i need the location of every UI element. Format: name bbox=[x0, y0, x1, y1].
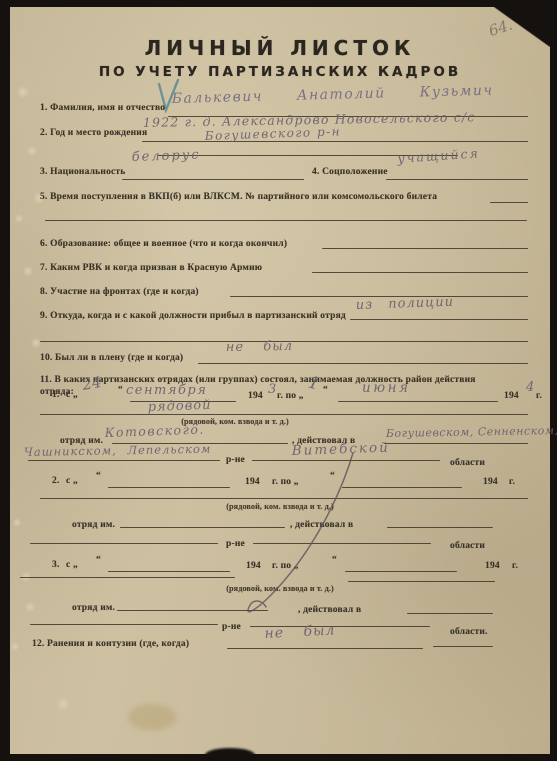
underline bbox=[322, 248, 528, 249]
underline bbox=[345, 571, 457, 572]
oblast-label: области bbox=[450, 458, 485, 468]
field-6-label: 6. Образование: общее и военное (что и к… bbox=[40, 239, 287, 249]
unit-1-rank: рядовой bbox=[147, 398, 211, 415]
unit-1-number: 1. bbox=[52, 390, 60, 400]
unit-2-otryad-label: отряд им. bbox=[72, 520, 115, 530]
year-prefix: 194 bbox=[504, 391, 519, 401]
underline bbox=[407, 613, 493, 614]
year-prefix: 194 bbox=[248, 391, 263, 401]
unit-1-year-from-digit: 3 bbox=[268, 382, 276, 397]
paper-dent bbox=[55, 698, 71, 710]
underline bbox=[227, 648, 423, 649]
district-label: р-не bbox=[226, 539, 245, 549]
unit-3-otryad-label: отряд им. bbox=[72, 603, 115, 613]
unit-1-month-from: сентября bbox=[126, 383, 207, 398]
underline bbox=[20, 577, 235, 578]
field-3-value: белорус bbox=[131, 148, 200, 165]
paper-dent bbox=[26, 146, 38, 156]
underline bbox=[122, 179, 304, 180]
oblast-label: области bbox=[450, 541, 485, 551]
to-label: г. по „ bbox=[277, 391, 304, 401]
paper-dent bbox=[30, 338, 42, 348]
underline bbox=[198, 363, 528, 364]
unit-3-from-label: с „ bbox=[66, 560, 78, 570]
oblast-label-end: области. bbox=[450, 627, 488, 637]
paper-dent bbox=[22, 266, 34, 276]
field-3-label: 3. Национальность bbox=[40, 167, 126, 177]
underline bbox=[108, 571, 230, 572]
year-suffix: г. bbox=[509, 477, 515, 487]
underline bbox=[120, 527, 285, 528]
year-prefix: 194 bbox=[483, 477, 498, 487]
underline bbox=[253, 543, 431, 544]
unit-1-day-from: 24 bbox=[81, 373, 103, 394]
field-9-label: 9. Откуда, когда и с какой должности при… bbox=[40, 311, 346, 321]
field-7-label: 7. Каким РВК и когда призван в Красную А… bbox=[40, 263, 262, 273]
underline bbox=[30, 543, 218, 544]
field-10-label: 10. Был ли в плену (где и когда) bbox=[40, 353, 183, 363]
underline bbox=[252, 460, 440, 461]
underline bbox=[350, 319, 528, 320]
form-subtitle: ПО УЧЕТУ ПАРТИЗАНСКИХ КАДРОВ bbox=[30, 64, 530, 80]
field-10-value: не был bbox=[226, 339, 293, 355]
unit-2-number: 2. bbox=[52, 476, 60, 486]
paper-dent bbox=[24, 602, 36, 612]
unit-1-month-to: июня bbox=[362, 380, 410, 396]
underline bbox=[384, 443, 528, 444]
paper-dent bbox=[14, 214, 24, 223]
underline bbox=[342, 487, 462, 488]
underline bbox=[338, 401, 498, 402]
field-8-label: 8. Участие на фронтах (где и когда) bbox=[40, 287, 199, 297]
to-label: г. по „ bbox=[272, 561, 299, 571]
underline bbox=[312, 272, 528, 273]
underline bbox=[108, 487, 230, 488]
underline bbox=[40, 414, 528, 415]
field-2-label: 2. Год и место рождения bbox=[40, 128, 147, 138]
year-prefix: 194 bbox=[485, 561, 500, 571]
underline bbox=[30, 624, 218, 625]
paper-dent bbox=[10, 642, 20, 651]
district-label: р-не bbox=[222, 622, 241, 632]
quote-mark: “ bbox=[118, 385, 123, 395]
rank-hint: (рядовой, ком. взвода и т. д.) bbox=[195, 584, 365, 593]
unit-3-number: 3. bbox=[52, 560, 60, 570]
paper-stain bbox=[128, 704, 176, 730]
underline bbox=[387, 527, 493, 528]
to-label: г. по „ bbox=[272, 477, 299, 487]
unit-1-year-to-digit: 4 bbox=[526, 380, 534, 395]
year-suffix: г. bbox=[536, 391, 542, 401]
unit-1-from-label: с „ bbox=[66, 390, 78, 400]
unit-3-acted-label: , действовал в bbox=[298, 605, 361, 615]
underline bbox=[28, 460, 220, 461]
unit-2-from-label: с „ bbox=[66, 476, 78, 486]
year-suffix: г. bbox=[512, 561, 518, 571]
underline bbox=[142, 141, 528, 142]
rank-hint: (рядовой, ком. взвода и т. д.) bbox=[195, 502, 365, 511]
underline bbox=[40, 498, 528, 499]
underline bbox=[45, 220, 527, 221]
paper-dent bbox=[12, 518, 22, 527]
quote-mark: “ bbox=[96, 555, 101, 565]
quote-mark: “ bbox=[323, 385, 328, 395]
quote-mark: “ bbox=[330, 471, 335, 481]
underline bbox=[348, 581, 495, 582]
underline bbox=[386, 179, 528, 180]
district-label: р-не bbox=[226, 455, 245, 465]
unit-2-acted-label: , действовал в bbox=[290, 520, 353, 530]
year-prefix: 194 bbox=[246, 561, 261, 571]
quote-mark: “ bbox=[96, 471, 101, 481]
form-title: ЛИЧНЫЙ ЛИСТОК bbox=[30, 36, 530, 60]
field-12-label: 12. Ранения и контузии (где, когда) bbox=[32, 639, 189, 649]
year-prefix: 194 bbox=[245, 477, 260, 487]
quote-mark: “ bbox=[332, 555, 337, 565]
field-4-label: 4. Соцположение bbox=[312, 167, 388, 177]
paper-edge-notch bbox=[205, 748, 255, 761]
paper-dent bbox=[16, 86, 30, 98]
underline bbox=[433, 646, 493, 647]
underline bbox=[117, 610, 268, 611]
field-5-label: 5. Время поступления в ВКП(б) или ВЛКСМ.… bbox=[40, 192, 437, 202]
unit-1-oblast-name: Витебской bbox=[291, 440, 390, 459]
underline bbox=[490, 202, 528, 203]
field-1-label: 1. Фамилия, имя и отчество bbox=[40, 103, 165, 113]
